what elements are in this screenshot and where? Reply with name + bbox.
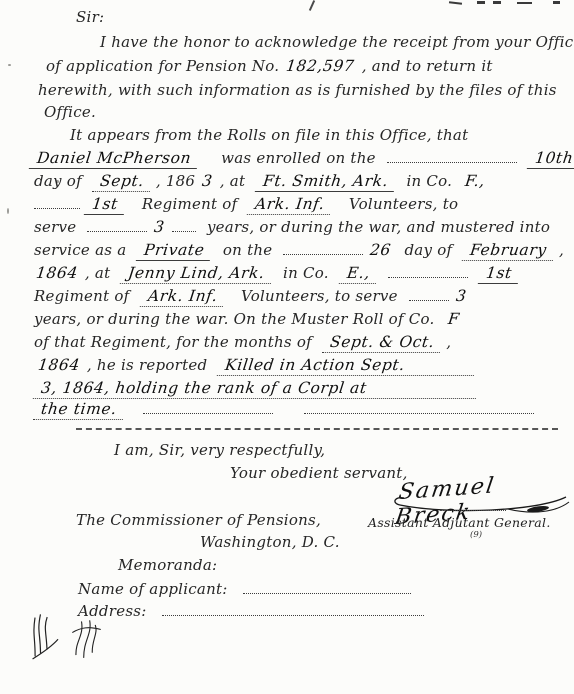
volunteers-serve-label: Volunteers, to serve (241, 287, 398, 305)
closing-text: Your obedient servant, (230, 464, 408, 482)
applicant-name-line: Name of applicant: (78, 580, 411, 598)
top-edge-artifact (493, 1, 501, 4)
intro-line-1: I have the honor to acknowledge the rece… (100, 33, 574, 51)
muster-regiment-number: 1st (478, 264, 520, 284)
intro-line-4: Office. (44, 103, 96, 121)
on-the-label: on the (223, 241, 273, 259)
stray-pen-mark (309, 0, 315, 11)
muster-line-1: service as a Private on the 26 day of Fe… (34, 241, 564, 261)
report-text: the time. (33, 400, 125, 420)
muster-month: February (462, 241, 555, 261)
addressee-line-2: Washington, D. C. (200, 533, 340, 551)
top-edge-artifact (477, 1, 485, 4)
in-co-label: in Co. (283, 264, 329, 282)
enrolled-label: was enrolled on the (221, 149, 376, 167)
roll-line-2: 1864 , he is reported Killed in Action S… (36, 356, 475, 376)
enrollment-line-3: 1st Regiment of Ark. Inf. Volunteers, to (34, 195, 458, 215)
addressee-line-1: The Commissioner of Pensions, (76, 511, 321, 529)
closing-line-2: Your obedient servant, (230, 464, 408, 482)
noise-speck (8, 64, 11, 66)
applicant-label: Name of applicant: (78, 580, 228, 598)
roll-months: Sept. & Oct. (322, 333, 443, 353)
scanned-pension-letter: Sir: I have the honor to acknowledge the… (0, 0, 574, 694)
enroll-regiment-number: 1st (84, 195, 126, 215)
addressee-text: Washington, D. C. (200, 533, 340, 551)
day-of-label: day of (404, 241, 452, 259)
roll-line-4: the time. (34, 400, 534, 420)
muster-year: 1864 (33, 264, 81, 283)
intro-text: of application for Pension No. (46, 57, 279, 75)
muster-regiment: Ark. Inf. (139, 287, 225, 307)
memoranda-heading: Memoranda: (118, 556, 217, 574)
enroll-years: 3 (151, 218, 168, 237)
muster-roll-label: years, or during the war. On the Muster … (34, 310, 435, 328)
muster-years: 3 (453, 287, 470, 306)
pension-number: 182,597 (283, 57, 358, 76)
noise-speck (7, 208, 9, 214)
address-blank (162, 602, 424, 616)
form-blank (143, 400, 273, 414)
enroll-day: 10th (527, 149, 574, 169)
enrollment-line-2: day of Sept. , 186 3 , at Ft. Smith, Ark… (34, 172, 487, 192)
closing-line-1: I am, Sir, very respectfully, (114, 441, 325, 459)
muster-place: Jenny Lind, Ark. (120, 264, 273, 284)
roll-year: 1864 (35, 356, 83, 375)
memoranda-text: Memoranda: (118, 556, 217, 574)
report-text: 3, 1864, holding the rank of a Corpl at (33, 379, 478, 399)
intro-text: I have the honor to acknowledge the rece… (100, 33, 574, 51)
salutation: Sir: (76, 8, 104, 26)
in-co-label: in Co. (406, 172, 452, 190)
appears-line: It appears from the Rolls on file in thi… (70, 126, 468, 144)
signature-title: Assistant Adjutant General. (368, 515, 551, 530)
report-text: Killed in Action Sept. (217, 356, 476, 376)
closing-text: I am, Sir, very respectfully, (114, 441, 325, 459)
applicant-name-blank (243, 580, 411, 594)
address-line: Address: (78, 602, 424, 620)
muster-day: 26 (367, 241, 394, 260)
volunteers-label: Volunteers, to (349, 195, 458, 213)
form-blank (172, 218, 196, 232)
at-label: , at (220, 172, 246, 190)
addressee-text: The Commissioner of Pensions, (76, 511, 321, 529)
regiment-of-label: Regiment of (142, 195, 237, 213)
enrollment-line-4: serve 3 years, or during the war, and mu… (34, 218, 550, 237)
intro-line-2: of application for Pension No. 182,597 ,… (46, 57, 493, 76)
intro-text: herewith, with such information as is fu… (38, 81, 557, 99)
signature-underline (440, 510, 506, 511)
soldier-name: Daniel McPherson (29, 149, 200, 169)
muster-line-4: years, or during the war. On the Muster … (34, 310, 461, 329)
years-war-label: years, or during the war, and mustered i… (207, 218, 550, 236)
serve-label: serve (34, 218, 76, 236)
form-blank (409, 287, 449, 301)
top-edge-artifact (517, 2, 532, 4)
clerk-initials-icon (63, 604, 109, 668)
enrollment-line-1: Daniel McPherson was enrolled on the 10t… (30, 149, 574, 169)
enroll-regiment: Ark. Inf. (247, 195, 333, 215)
dotted-rule (76, 428, 558, 430)
form-blank (388, 264, 468, 278)
service-as-label: service as a (34, 241, 126, 259)
muster-line-3: Regiment of Ark. Inf. Volunteers, to ser… (34, 287, 468, 307)
form-blank (387, 149, 517, 163)
year-printed: , 186 (156, 172, 195, 190)
roll-line-1: of that Regiment, for the months of Sept… (34, 333, 451, 353)
appears-text: It appears from the Rolls on file in thi… (70, 126, 468, 144)
comma: , (446, 333, 451, 351)
enroll-company: F., (462, 172, 488, 191)
intro-text: Office. (44, 103, 96, 121)
at-label: , at (85, 264, 111, 282)
roll-company: F (444, 310, 462, 329)
salutation-text: Sir: (76, 8, 104, 26)
enroll-year-digit: 3 (199, 172, 216, 191)
intro-text: , and to return it (362, 57, 493, 75)
comma: , (559, 241, 564, 259)
form-blank (304, 400, 534, 414)
roll-line-3: 3, 1864, holding the rank of a Corpl at (34, 379, 477, 399)
signature-note: (9) (470, 530, 482, 540)
muster-line-2: 1864 , at Jenny Lind, Ark. in Co. E., 1s… (34, 264, 519, 284)
regiment-of-label: Regiment of (34, 287, 129, 305)
enroll-month: Sept. (92, 172, 152, 192)
months-label: of that Regiment, for the months of (34, 333, 312, 351)
top-edge-artifact (553, 1, 560, 4)
form-blank (283, 241, 363, 255)
top-edge-artifact (449, 1, 462, 5)
enroll-place: Ft. Smith, Ark. (255, 172, 397, 192)
muster-company: E., (339, 264, 378, 284)
form-blank (34, 195, 80, 209)
muster-rank: Private (136, 241, 213, 261)
intro-line-3: herewith, with such information as is fu… (38, 81, 557, 99)
day-of-label: day of (34, 172, 82, 190)
reported-label: , he is reported (87, 356, 207, 374)
form-blank (87, 218, 147, 232)
